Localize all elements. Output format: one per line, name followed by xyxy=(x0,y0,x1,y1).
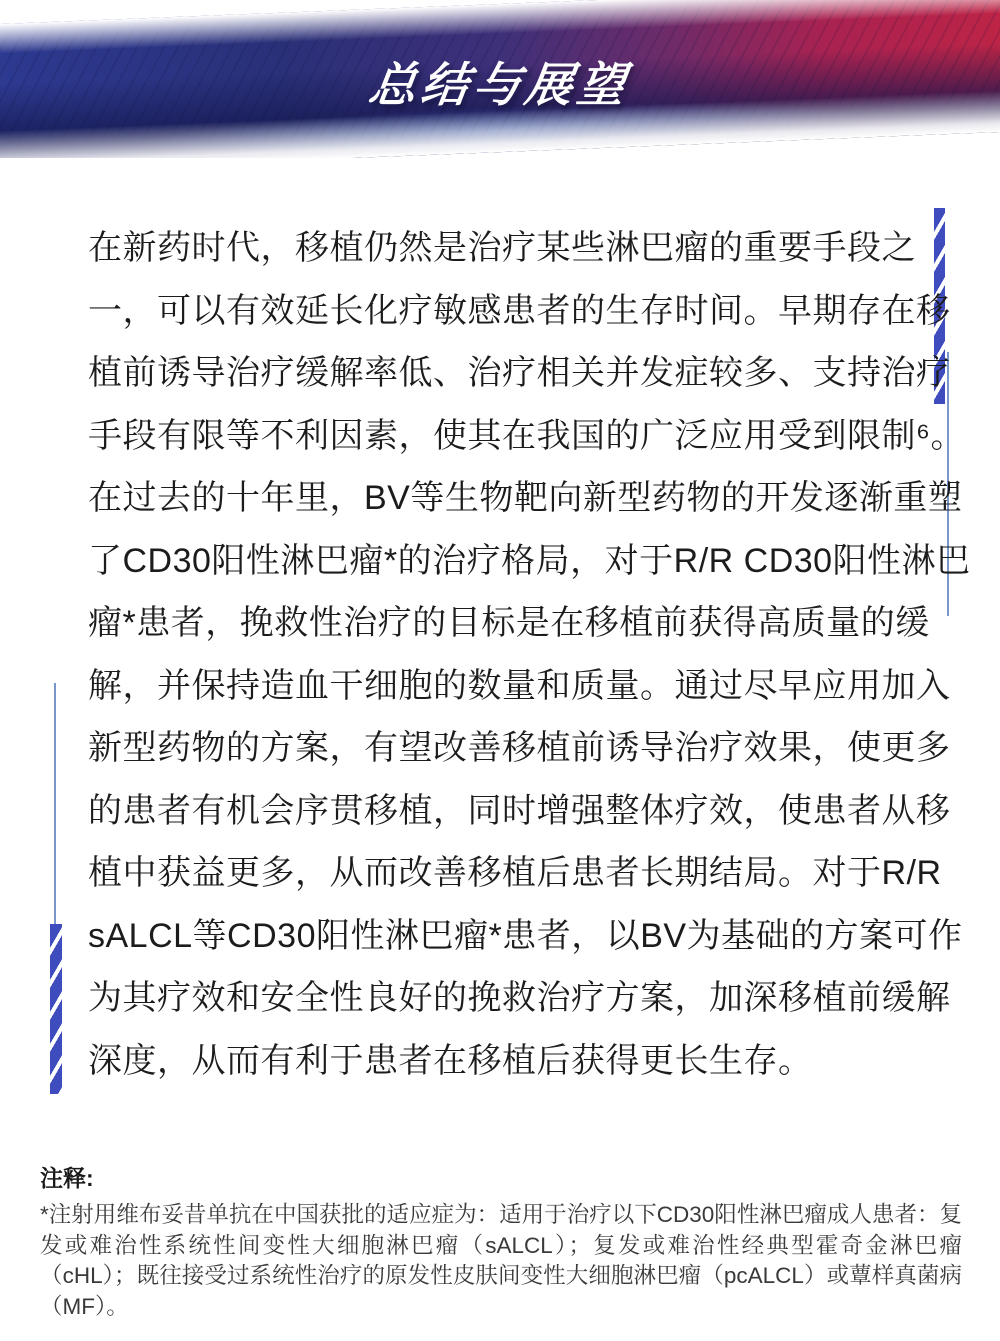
header-banner: 总结与展望 xyxy=(0,0,1000,158)
paragraph-line: 了CD30阳性淋巴瘤*的治疗格局，对于R/R CD30阳性淋巴 xyxy=(88,530,916,593)
paragraph-line: 的患者有机会序贯移植，同时增强整体疗效，使患者从移 xyxy=(88,780,916,843)
paragraph-line: 瘤*患者，挽救性治疗的目标是在移植前获得高质量的缓 xyxy=(88,592,916,655)
main-paragraph: 在新药时代，移植仍然是治疗某些淋巴瘤的重要手段之 一，可以有效延长化疗敏感患者的… xyxy=(88,217,916,1092)
paragraph-line: 植中获益更多，从而改善移植后患者长期结局。对于R/R xyxy=(88,842,916,905)
paragraph-line: 解，并保持造血干细胞的数量和质量。通过尽早应用加入 xyxy=(88,655,916,718)
paragraph-line: 新型药物的方案，有望改善移植前诱导治疗效果，使更多 xyxy=(88,717,916,780)
paragraph-line: 深度，从而有利于患者在移植后获得更长生存。 xyxy=(88,1030,916,1093)
stripe-decoration-left xyxy=(50,924,62,1094)
page: 总结与展望 在新药时代，移植仍然是治疗某些淋巴瘤的重要手段之 一，可以有效延长化… xyxy=(0,0,1000,1341)
page-title: 总结与展望 xyxy=(0,48,1000,115)
paragraph-line: 为其疗效和安全性良好的挽救治疗方案，加深移植前缓解 xyxy=(88,967,916,1030)
paragraph-line: 在过去的十年里，BV等生物靶向新型药物的开发逐渐重塑 xyxy=(88,467,916,530)
footnote-text: *注射用维布妥昔单抗在中国获批的适应症为：适用于治疗以下CD30阳性淋巴瘤成人患… xyxy=(40,1200,962,1322)
paragraph-line: 一，可以有效延长化疗敏感患者的生存时间。早期存在移 xyxy=(88,280,916,343)
footnote-label: 注释: xyxy=(40,1162,962,1194)
paragraph-line: 植前诱导治疗缓解率低、治疗相关并发症较多、支持治疗 xyxy=(88,342,916,405)
paragraph-line: 在新药时代，移植仍然是治疗某些淋巴瘤的重要手段之 xyxy=(88,217,916,280)
footnote-section: 注释: *注射用维布妥昔单抗在中国获批的适应症为：适用于治疗以下CD30阳性淋巴… xyxy=(40,1162,962,1322)
accent-line-left xyxy=(54,683,56,935)
paragraph-line: 手段有限等不利因素，使其在我国的广泛应用受到限制⁶。 xyxy=(88,405,916,468)
paragraph-line: sALCL等CD30阳性淋巴瘤*患者，以BV为基础的方案可作 xyxy=(88,905,916,968)
